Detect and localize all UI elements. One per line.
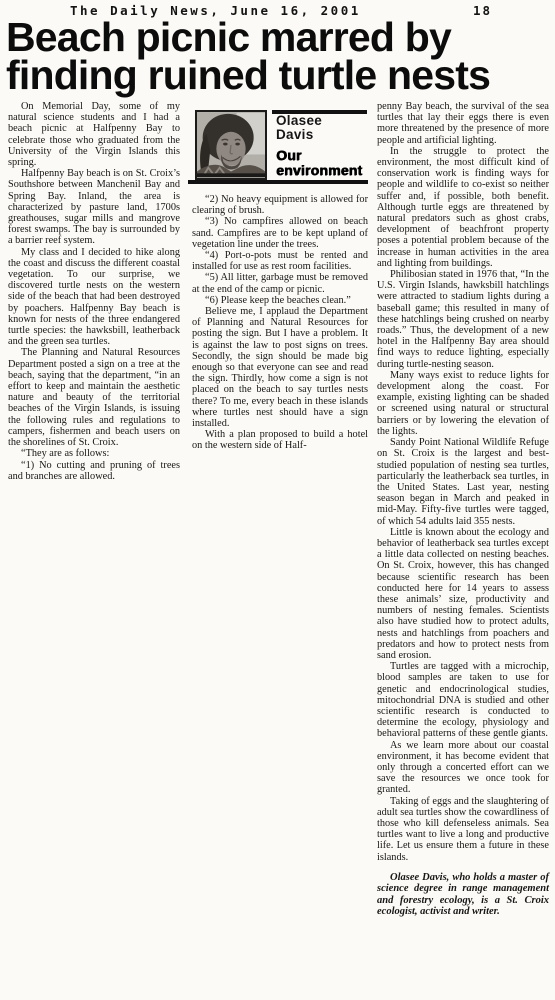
article-column-2: Olasee Davis Our environment “2) No heav…: [192, 106, 368, 452]
article-paragraph: “1) No cutting and pruning of trees and …: [8, 460, 180, 482]
article-paragraph: With a plan proposed to build a hotel on…: [192, 429, 368, 451]
article-column-3: penny Bay beach, the survival of the sea…: [377, 101, 549, 918]
article-paragraph: On Memorial Day, some of my natural scie…: [8, 101, 180, 168]
article-paragraph: penny Bay beach, the survival of the sea…: [377, 101, 549, 146]
article-paragraph: “5) All litter, garbage must be removed …: [192, 272, 368, 294]
article-paragraph: “2) No heavy equipment is allowed for cl…: [192, 194, 368, 216]
article-paragraph: Turtles are tagged with a microchip, blo…: [377, 661, 549, 739]
article-paragraph: In the struggle to protect the environme…: [377, 146, 549, 269]
article-column-1: On Memorial Day, some of my natural scie…: [8, 101, 180, 482]
byline-box: Olasee Davis Our environment: [192, 106, 368, 190]
article-paragraph: “3) No campfires allowed on beach sand. …: [192, 216, 368, 250]
article-paragraph: Taking of eggs and the slaughtering of a…: [377, 796, 549, 863]
article-paragraph: Little is known about the ecology and be…: [377, 527, 549, 661]
portrait-photo-icon: [197, 112, 265, 178]
headline-line-2: finding ruined turtle nests: [6, 56, 552, 94]
headline-line-1: Beach picnic marred by: [6, 18, 552, 56]
article-headline: Beach picnic marred by finding ruined tu…: [6, 18, 552, 94]
article-paragraph: As we learn more about our coastal envir…: [377, 740, 549, 796]
page-number: 18: [473, 3, 492, 18]
article-paragraph: “4) Port-o-pots must be rented and insta…: [192, 250, 368, 272]
article-paragraph: My class and I decided to hike along the…: [8, 247, 180, 348]
article-paragraph: Halfpenny Bay beach is on St. Croix’s So…: [8, 168, 180, 246]
article-paragraph: Philibosian stated in 1976 that, “In the…: [377, 269, 549, 370]
article-paragraph: “6) Please keep the beaches clean.”: [192, 295, 368, 306]
author-first-name: Olasee: [276, 114, 362, 128]
article-paragraph: Believe me, I applaud the Department of …: [192, 306, 368, 429]
article-paragraph: “They are as follows:: [8, 448, 180, 459]
column-title-line-1: Our: [276, 148, 362, 163]
article-paragraph: Many ways exist to reduce lights for dev…: [377, 370, 549, 437]
author-photo: [195, 110, 267, 180]
byline-text: Olasee Davis Our environment: [276, 114, 362, 177]
article-paragraph: Sandy Point National Wildlife Refuge on …: [377, 437, 549, 527]
byline-rule-bottom: [188, 180, 368, 184]
newspaper-clipping: The Daily News, June 16, 2001 18 Beach p…: [0, 0, 555, 1000]
author-bio: Olasee Davis, who holds a master of scie…: [377, 872, 549, 918]
article-paragraph: The Planning and Natural Resources Depar…: [8, 347, 180, 448]
author-last-name: Davis: [276, 128, 362, 142]
column-title-line-2: environment: [276, 163, 362, 178]
